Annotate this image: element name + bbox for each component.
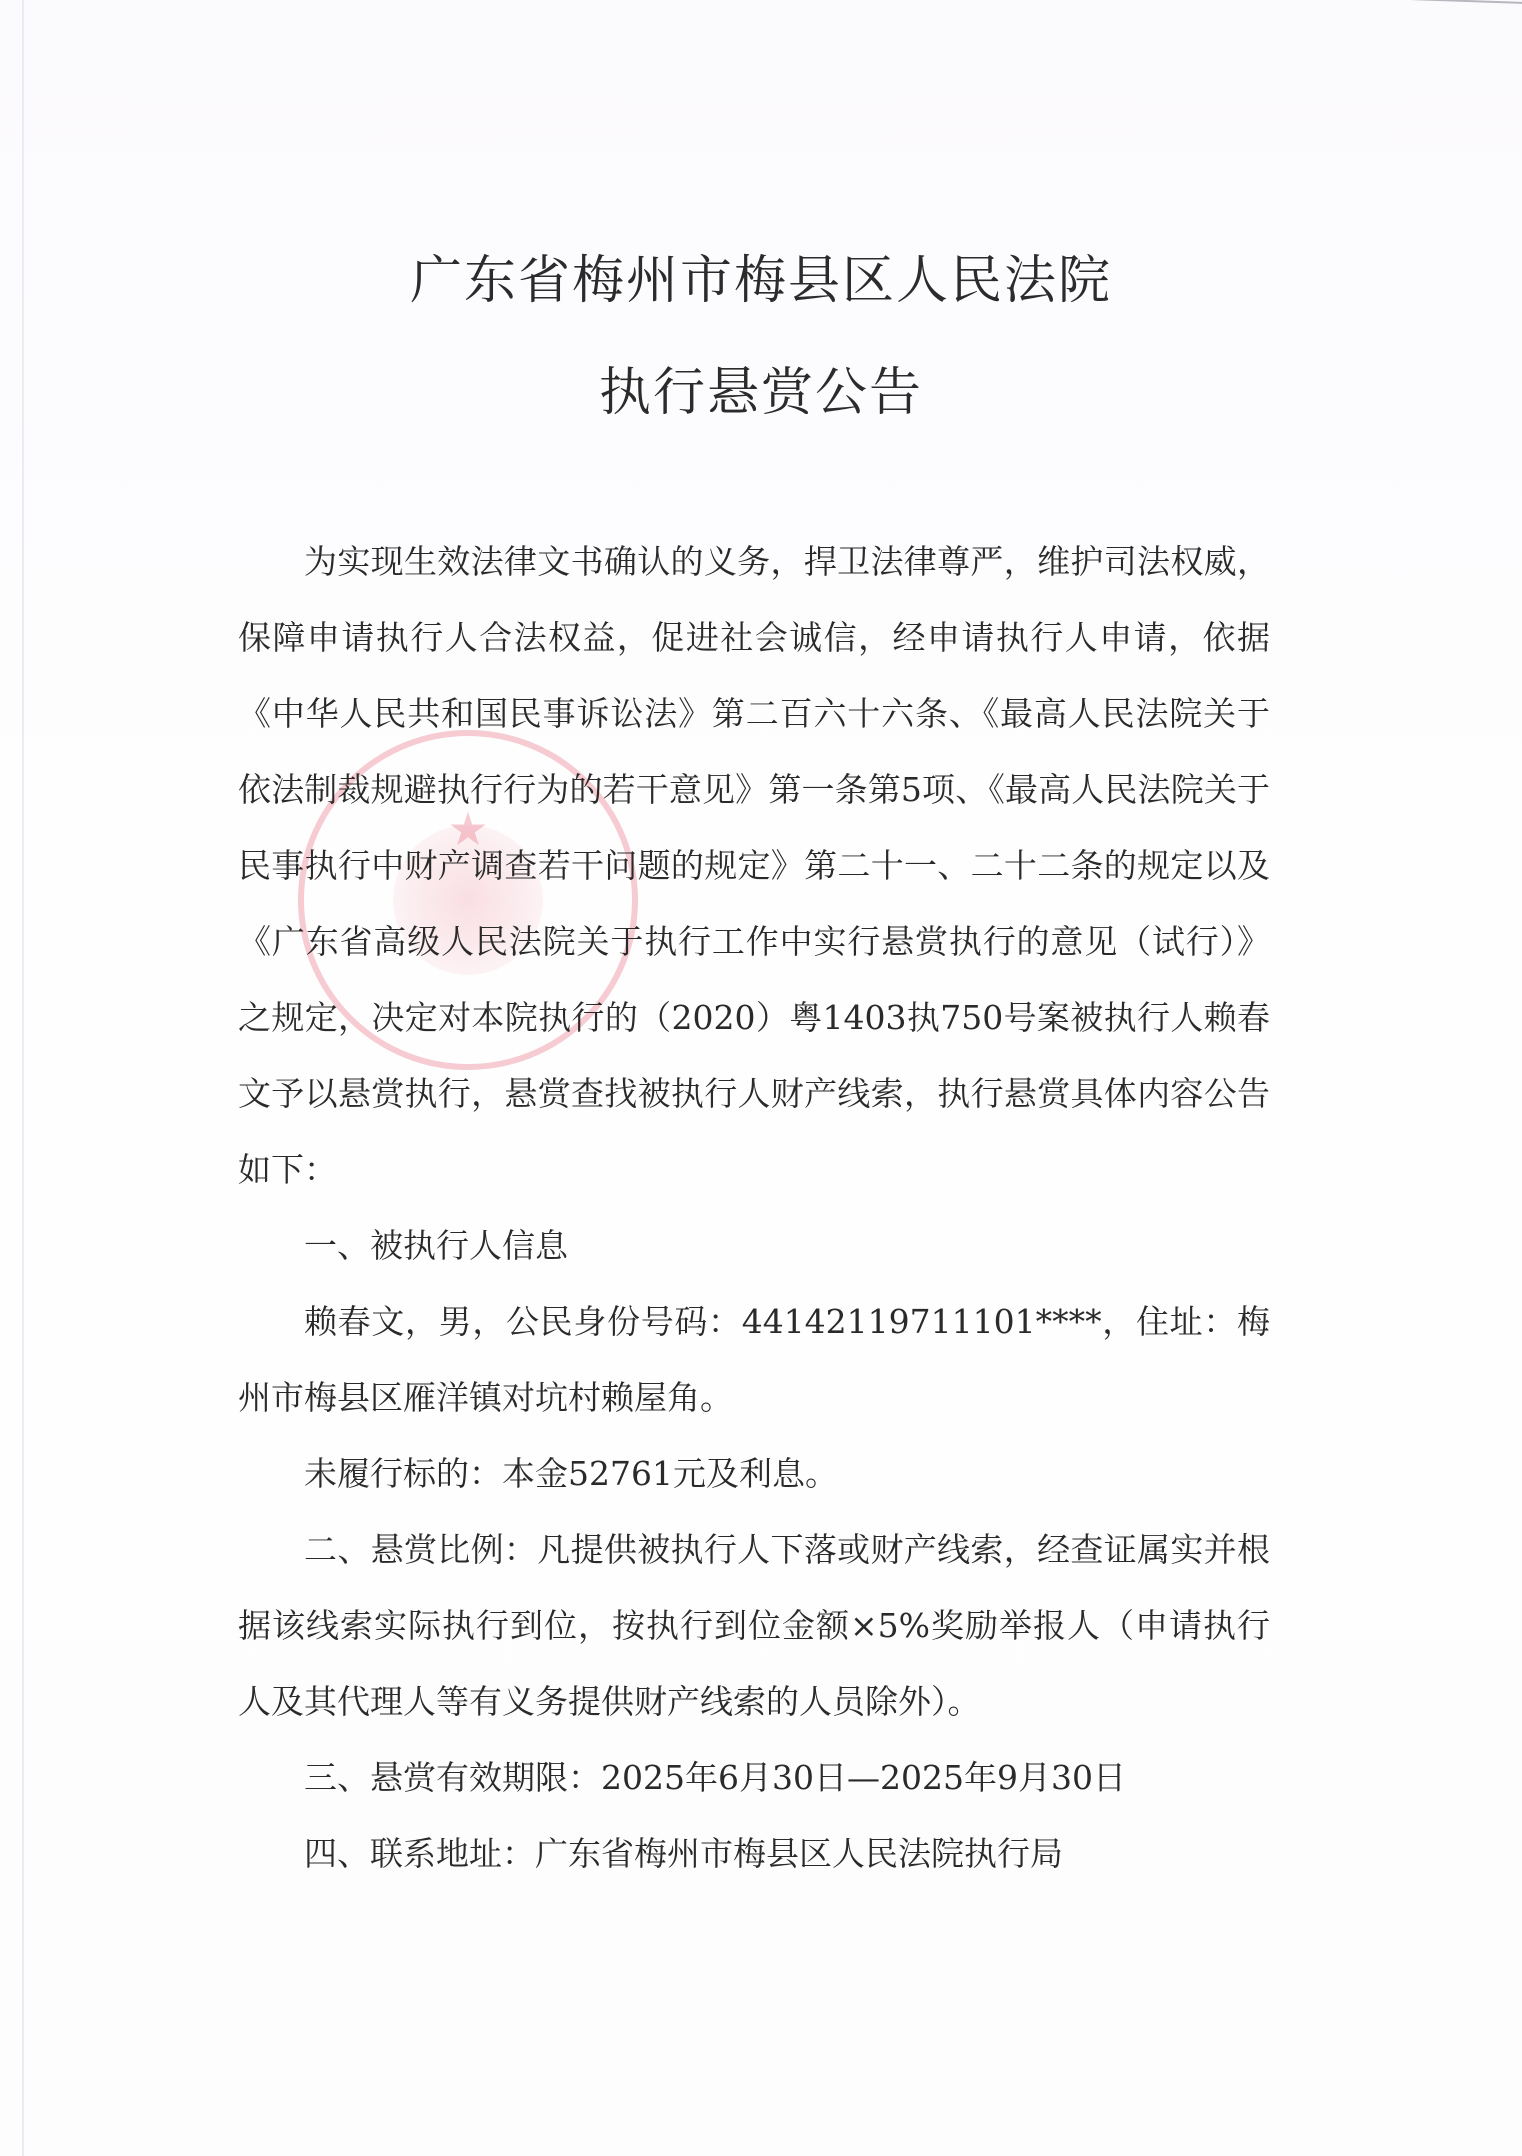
scan-edge-line [22, 0, 24, 2156]
section-contact-address: 四、联系地址：广东省梅州市梅县区人民法院执行局 [238, 1816, 1270, 1892]
section-respondent-heading: 一、被执行人信息 [238, 1208, 1270, 1284]
section-reward-ratio: 二、悬赏比例：凡提供被执行人下落或财产线索，经查证属实并根据该线索实际执行到位，… [238, 1512, 1270, 1740]
respondent-info: 赖春文，男，公民身份号码：44142119711101****，住址：梅州市梅县… [238, 1284, 1270, 1436]
document-title-notice: 执行悬赏公告 [0, 350, 1522, 425]
outstanding-amount: 未履行标的：本金52761元及利息。 [238, 1436, 1270, 1512]
document-title-court: 广东省梅州市梅县区人民法院 [0, 238, 1522, 313]
intro-paragraph: 为实现生效法律文书确认的义务，捍卫法律尊严，维护司法权威，保障申请执行人合法权益… [238, 524, 1270, 1208]
document-page: ★ 广东省梅州市梅县区人民法院 执行悬赏公告 为实现生效法律文书确认的义务，捍卫… [0, 0, 1522, 2156]
document-body: 为实现生效法律文书确认的义务，捍卫法律尊严，维护司法权威，保障申请执行人合法权益… [238, 524, 1270, 1892]
page-corner-fold [1412, 0, 1522, 10]
section-valid-period: 三、悬赏有效期限：2025年6月30日—2025年9月30日 [238, 1740, 1270, 1816]
